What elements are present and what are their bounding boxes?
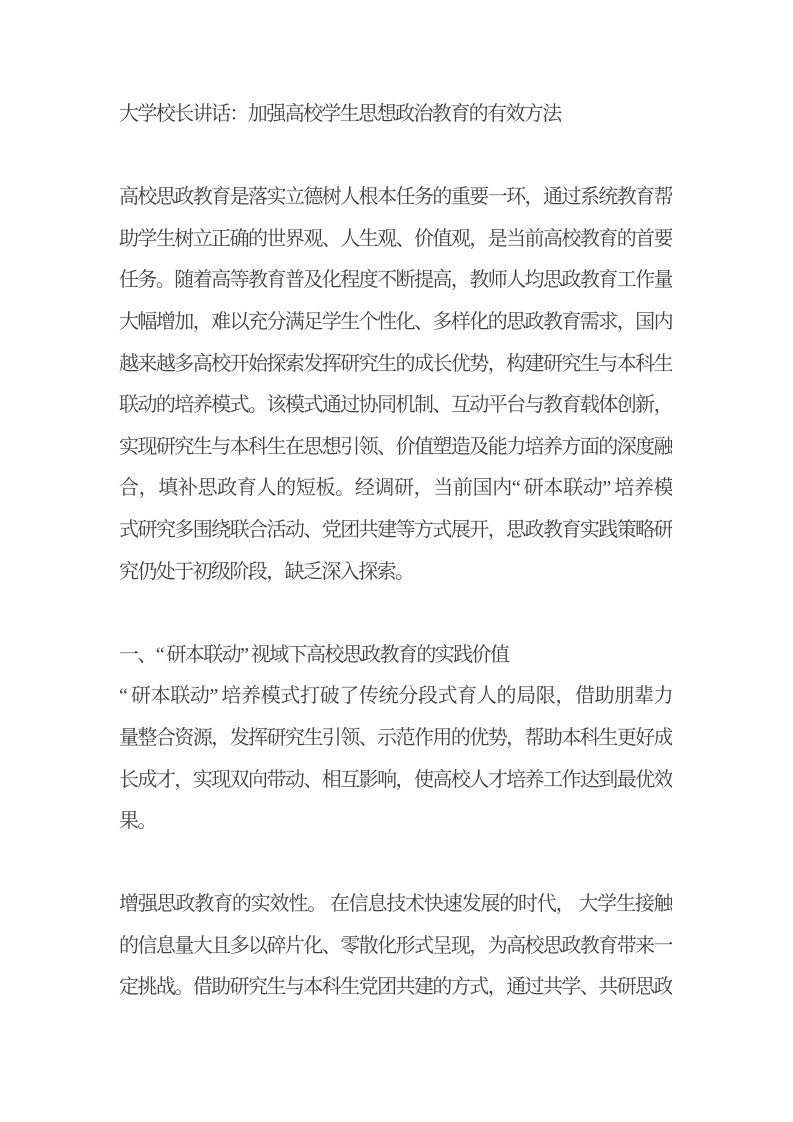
text-line: 定挑战。借助研究生与本科生党团共建的方式，通过共学、共研思政: [119, 967, 672, 1009]
text-line: 联动的培养模式。该模式通过协同机制、互动平台与教育载体创新，: [119, 385, 672, 427]
document-page: 大学校长讲话：加强高校学生思想政治教育的有效方法 高校思政教育是落实立德树人根本…: [0, 0, 793, 1122]
paragraph-2: “ 研本联动” 培养模式打破了传统分段式育人的局限，借助朋辈力 量整合资源，发挥…: [119, 676, 672, 842]
paragraph-1: 高校思政教育是落实立德树人根本任务的重要一环，通过系统教育帮 助学生树立正确的世…: [119, 177, 672, 593]
text-line: 越来越多高校开始探索发挥研究生的成长优势，构建研究生与本科生: [119, 344, 672, 386]
text-line: 式研究多围绕联合活动、党团共建等方式展开，思政教育实践策略研: [119, 510, 672, 552]
text-line: 高校思政教育是落实立德树人根本任务的重要一环，通过系统教育帮: [119, 177, 672, 219]
text-line: 长成才，实现双向带动、相互影响，使高校人才培养工作达到最优效: [119, 760, 672, 802]
text-line: 增强思政教育的实效性。 在信息技术快速发展的时代， 大学生接触: [119, 884, 672, 926]
document-title-block: 大学校长讲话：加强高校学生思想政治教育的有效方法: [119, 94, 672, 136]
text-line: 助学生树立正确的世界观、人生观、价值观，是当前高校教育的首要: [119, 219, 672, 261]
text-line: 的信息量大且多以碎片化、零散化形式呈现，为高校思政教育带来一: [119, 926, 672, 968]
document-title: 大学校长讲话：加强高校学生思想政治教育的有效方法: [119, 94, 672, 136]
text-line: 大幅增加，难以充分满足学生个性化、多样化的思政教育需求，国内: [119, 302, 672, 344]
text-line: 任务。随着高等教育普及化程度不断提高，教师人均思政教育工作量: [119, 260, 672, 302]
text-line: 量整合资源，发挥研究生引领、示范作用的优势，帮助本科生更好成: [119, 718, 672, 760]
paragraph-3: 增强思政教育的实效性。 在信息技术快速发展的时代， 大学生接触 的信息量大且多以…: [119, 884, 672, 1009]
text-line: 果。: [119, 801, 672, 843]
text-line: 合，填补思政育人的短板。经调研，当前国内“ 研本联动” 培养模: [119, 468, 672, 510]
text-line: 实现研究生与本科生在思想引领、价值塑造及能力培养方面的深度融: [119, 427, 672, 469]
section-heading-block: 一、“ 研本联动” 视域下高校思政教育的实践价值: [119, 635, 672, 677]
section-1-heading: 一、“ 研本联动” 视域下高校思政教育的实践价值: [119, 635, 672, 677]
text-line: “ 研本联动” 培养模式打破了传统分段式育人的局限，借助朋辈力: [119, 676, 672, 718]
text-line: 究仍处于初级阶段，缺乏深入探索。: [119, 552, 672, 594]
